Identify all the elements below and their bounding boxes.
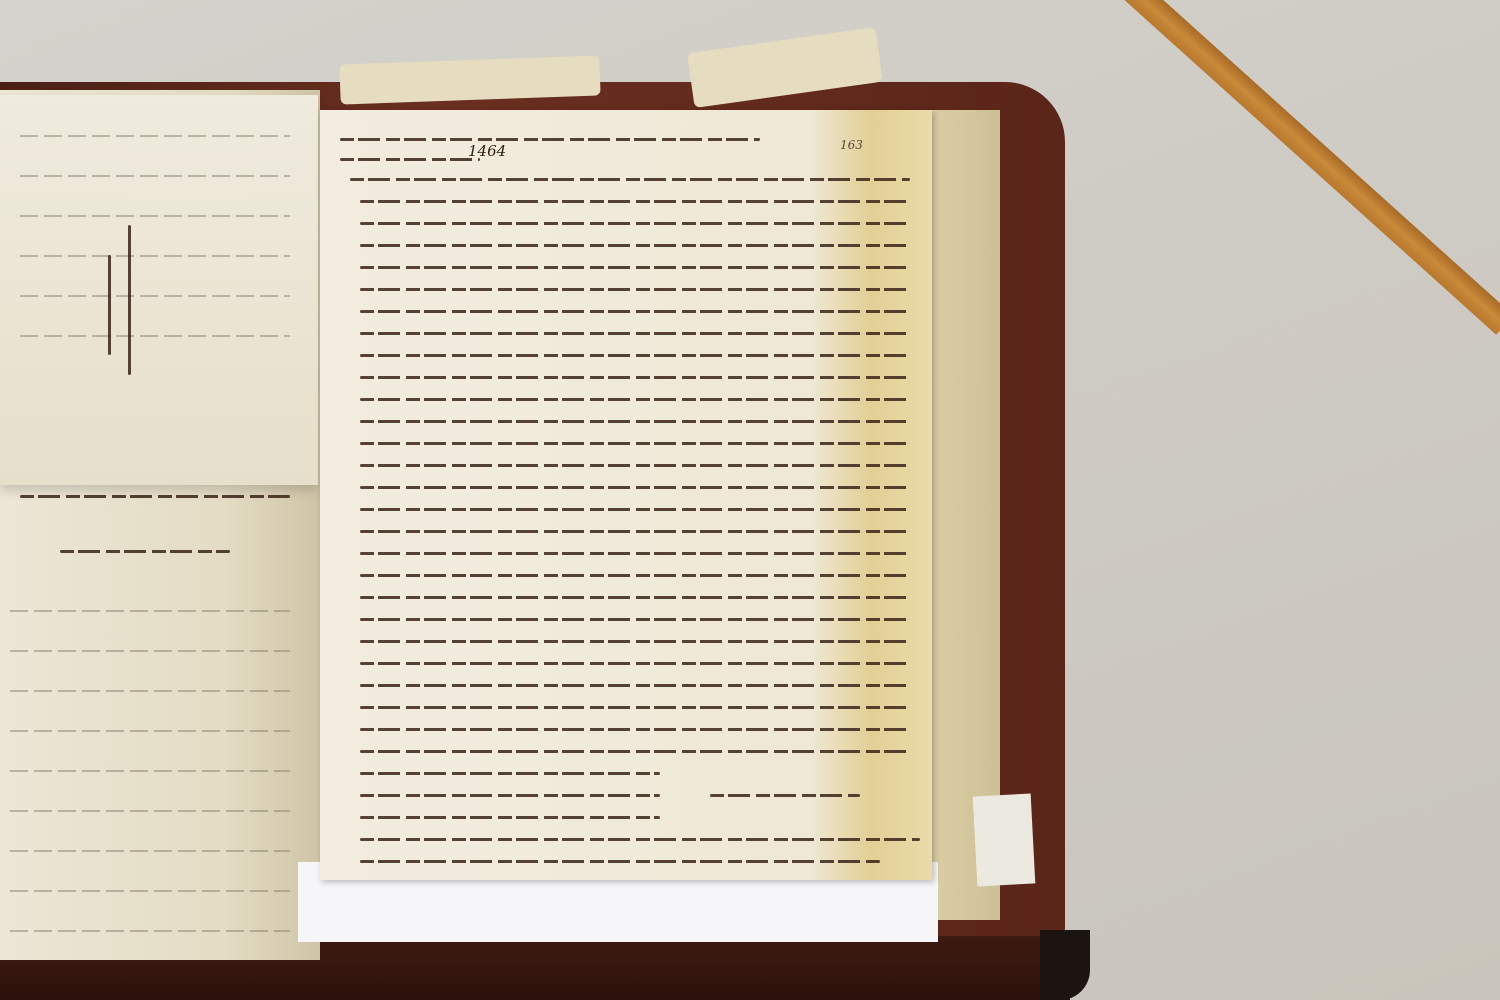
folio-number: 163 xyxy=(840,138,863,152)
main-manuscript-page xyxy=(320,110,932,880)
floor-trim-strip xyxy=(1080,0,1500,335)
stand-base-rim xyxy=(1040,930,1090,1000)
torn-top-flaps xyxy=(330,40,890,120)
archival-note-slip xyxy=(973,794,1036,887)
left-folded-letter xyxy=(0,95,318,485)
letter-date-year: 1464 xyxy=(468,142,506,160)
